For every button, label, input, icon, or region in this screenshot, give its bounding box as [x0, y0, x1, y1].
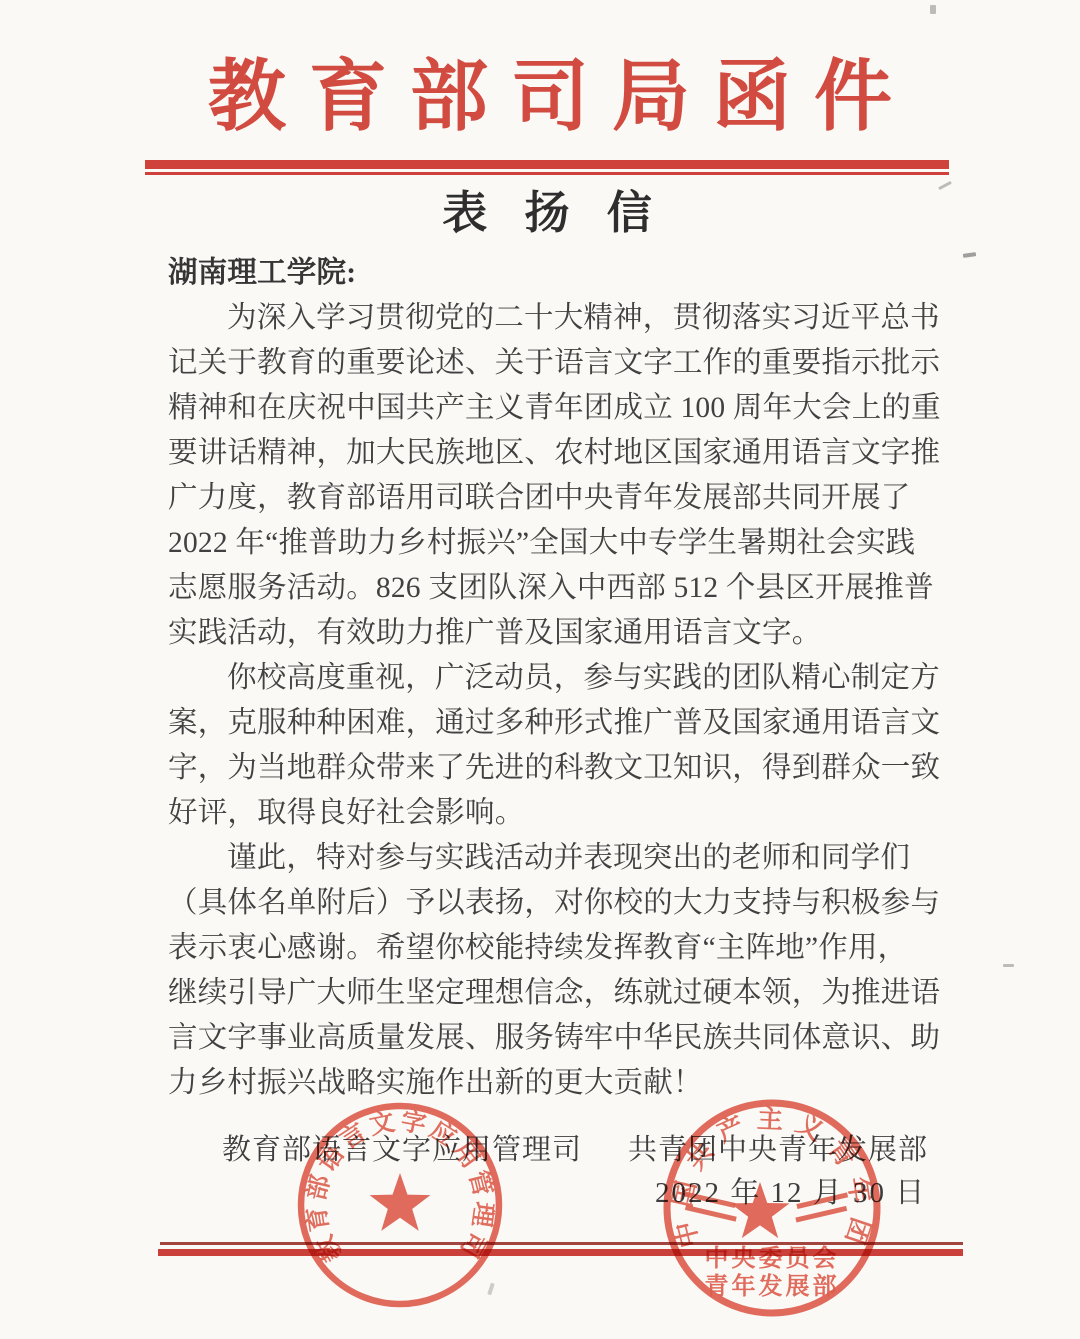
body-line: 广力度，教育部语用司联合团中央青年发展部共同开展了: [168, 476, 958, 521]
body-line: 言文字事业高质量发展、服务铸牢中华民族共同体意识、助: [168, 1016, 958, 1061]
body-line: 记关于教育的重要论述、关于语言文字工作的重要指示批示: [168, 341, 958, 386]
body-line: 你校高度重视，广泛动员，参与实践的团队精心制定方: [168, 656, 958, 701]
seal-ring-text: 中国共产主义青年团: [667, 1104, 877, 1258]
scan-artifact: [963, 252, 976, 258]
scan-artifact: [930, 5, 936, 14]
seal-right-ring-text-curve: 中国共产主义青年团: [667, 1104, 877, 1258]
seal-star-icon: [731, 1182, 790, 1238]
letter-body: 湖南理工学院: 为深入学习贯彻党的二十大精神，贯彻落实习近平总书 记关于教育的重…: [168, 251, 958, 1106]
seal-left: 教育部语言文字应用管理司: [293, 1095, 507, 1335]
header-rule-thick: [145, 160, 949, 169]
body-line: 好评，取得良好社会影响。: [168, 791, 958, 836]
document-title: 表 扬 信: [0, 176, 1080, 241]
body-line: 继续引导广大师生坚定理想信念，练就过硬本领，为推进语: [168, 971, 958, 1016]
body-line: 为深入学习贯彻党的二十大精神，贯彻落实习近平总书: [168, 296, 958, 341]
body-line: 志愿服务活动。826 支团队深入中西部 512 个县区开展推普: [168, 566, 958, 611]
header-rule-thin: [145, 172, 949, 175]
body-line: 2022 年“推普助力乡村振兴”全国大中专学生暑期社会实践: [168, 521, 958, 566]
body-line: 案，克服种种困难，通过多种形式推广普及国家通用语言文: [168, 701, 958, 746]
seal-star-icon: [370, 1173, 431, 1231]
body-line: 字，为当地群众带来了先进的科教文卫知识，得到群众一致: [168, 746, 958, 791]
body-line: 谨此，特对参与实践活动并表现突出的老师和同学们: [168, 836, 958, 881]
scanned-letter-page: 教育部司局函件 表 扬 信 湖南理工学院: 为深入学习贯彻党的二十大精神，贯彻落…: [0, 0, 1080, 1339]
salutation: 湖南理工学院:: [168, 251, 958, 296]
seal-bottom-text-2: 青年发展部: [705, 1272, 840, 1300]
letterhead-title: 教育部司局函件: [0, 54, 1080, 140]
seal-right: 中国共产主义青年团 中央委员会 青年发展部: [658, 1094, 886, 1339]
seal-bottom-text-1: 中央委员会: [705, 1244, 840, 1272]
scan-artifact: [1003, 964, 1014, 967]
body-line: 精神和在庆祝中国共产主义青年团成立 100 周年大会上的重: [168, 386, 958, 431]
body-line: 实践活动，有效助力推广普及国家通用语言文字。: [168, 611, 958, 656]
body-line: （具体名单附后）予以表扬，对你校的大力支持与积极参与: [168, 881, 958, 926]
body-line: 要讲话精神，加大民族地区、农村地区国家通用语言文字推: [168, 431, 958, 476]
body-line: 表示衷心感谢。希望你校能持续发挥教育“主阵地”作用，: [168, 926, 958, 971]
